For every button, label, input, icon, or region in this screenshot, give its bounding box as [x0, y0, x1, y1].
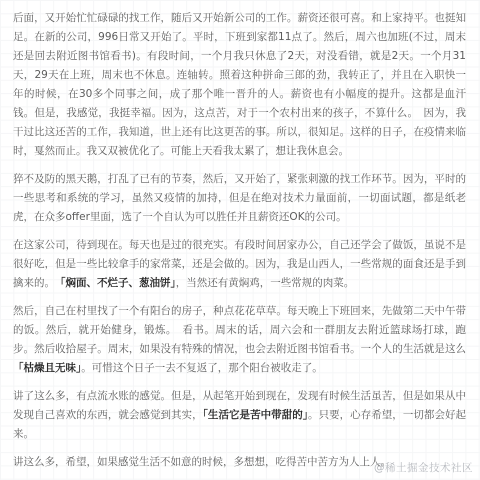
highlighted-text-run: 「生活它是苦中带甜的」 — [203, 409, 308, 421]
text-run: 猝不及防的黑天鹅，打乱了已有的节奏，然后，又开始了，紧张刺激的找工作环节。因为，… — [13, 173, 466, 223]
paragraph: 讲了这么多，有点流水账的感觉。但是，从起笔开始到现在，发现有时候生活虽苦，但是如… — [13, 387, 466, 444]
watermark: @稀土掘金技术社区 — [374, 461, 473, 475]
article-body: 后面，又开始忙忙碌碌的找工作，随后又开始新公司的工作。薪资还很可喜。和上家持平。… — [0, 0, 480, 472]
highlighted-text-run: 「枯燥且无味」 — [13, 362, 81, 374]
text-run: 讲这么多，希望，如果感觉生活不如意的时候，多想想，吃得苦中苦方为人上人。 — [13, 456, 391, 468]
text-run: 然后，自己在村里找了一个有阳台的房子，种点花花草草。每天晚上下班回来，先做第二天… — [13, 305, 466, 355]
paragraph: 然后，自己在村里找了一个有阳台的房子，种点花花草草。每天晚上下班回来，先做第二天… — [13, 302, 466, 378]
text-run: 后面，又开始忙忙碌碌的找工作，随后又开始新公司的工作。薪资还很可喜。和上家持平。… — [13, 12, 466, 157]
paragraph: 猝不及防的黑天鹅，打乱了已有的节奏，然后，又开始了，紧张刺激的找工作环节。因为，… — [13, 170, 466, 227]
paragraph: 在这家公司，待到现在。每天也是过的很充实。有段时间居家办公，自己还学会了做饭，虽… — [13, 236, 466, 293]
paragraph: 后面，又开始忙忙碌碌的找工作，随后又开始新公司的工作。薪资还很可喜。和上家持平。… — [13, 9, 466, 161]
highlighted-text-run: 「焖面、不烂子、葱油饼」 — [60, 277, 176, 289]
text-run: 。可惜这个日子一去不复返了，那个阳台被收走了。 — [81, 362, 323, 374]
text-run: ，当然还有黄焖鸡，一些常规的肉菜。 — [176, 277, 355, 289]
